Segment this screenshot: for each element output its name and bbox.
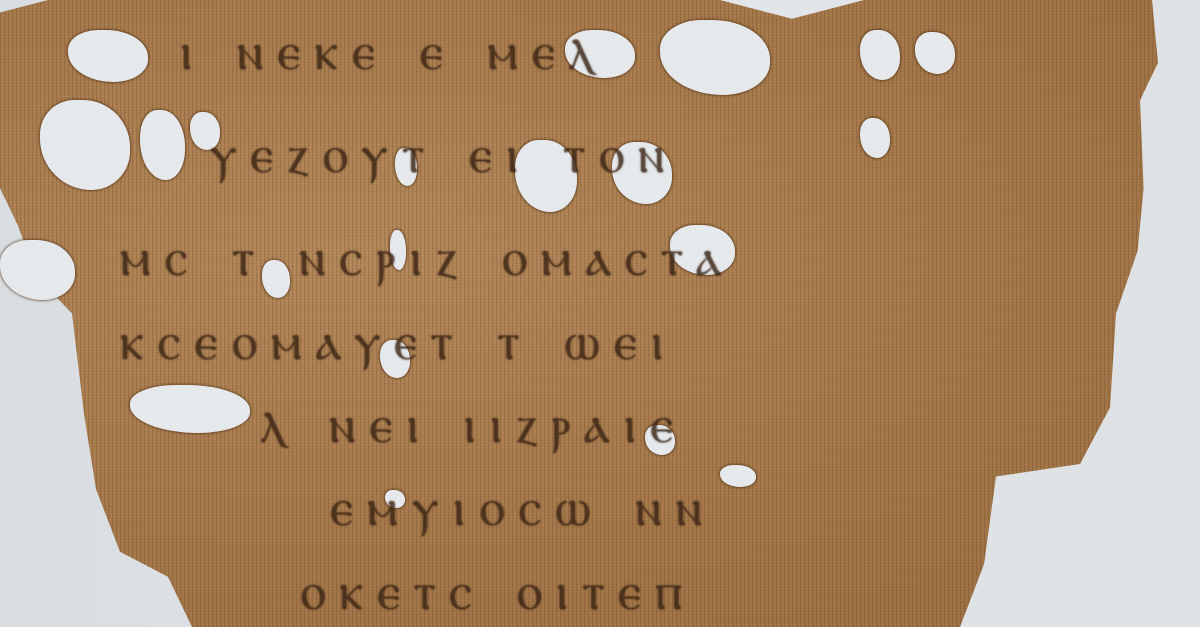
coptic-text-line-3: ⲙⲥ ⲧ ⲛⲥⲣⲓⲍ ⲟⲙⲁⲥⲧⲁ	[120, 228, 736, 289]
coptic-text-line-2: ⲩⲉⲍⲟⲩⲧ ⲉⲓ ⲧⲟⲛ	[210, 125, 678, 186]
papyrus-fragment: ⲓ ⲛⲉⲕⲉ ⲉ ⲙⲉⲗ ⲩⲉⲍⲟⲩⲧ ⲉⲓ ⲧⲟⲛ ⲙⲥ ⲧ ⲛⲥⲣⲓⲍ ⲟⲙ…	[0, 0, 1200, 627]
papyrus-hole	[0, 240, 75, 300]
coptic-text-line-4: ⲕⲥⲉⲟⲙⲁⲩⲉⲧ ⲧ ⲱⲉⲓ	[120, 312, 677, 373]
coptic-text-line-5: ⲗ ⲛⲉⲓ ⲓⲓⲍⲣⲁⲓⲉ	[260, 395, 687, 456]
coptic-text-line-1: ⲓ ⲛⲉⲕⲉ ⲉ ⲙⲉⲗ	[180, 22, 607, 83]
coptic-text-line-6: ⲉⲙⲩⲓⲟⲥⲱ ⲛⲛ	[330, 478, 716, 539]
coptic-text-line-7: ⲟⲕⲉⲧⲥ ⲟⲓⲧⲉⲡ	[300, 562, 696, 623]
